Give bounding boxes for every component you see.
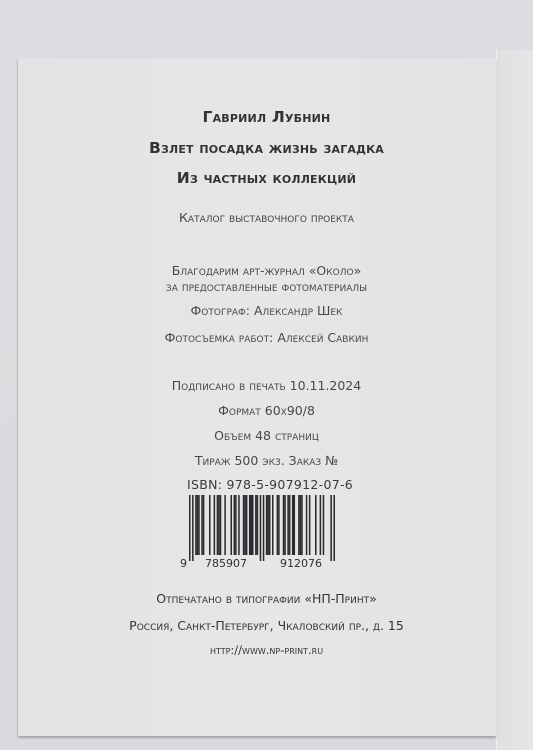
barcode-digit-prefix: 9: [180, 557, 187, 570]
page-volume: Объем 48 страниц: [0, 428, 533, 443]
collection-title: Из частных коллекций: [0, 169, 533, 187]
printer-line-1: Отпечатано в типографии «НП-Принт»: [0, 591, 533, 606]
thanks-line-2: за предоставленные фотоматериалы: [0, 279, 533, 294]
photographer-credit: Фотограф: Александр Шек: [0, 303, 533, 318]
print-run: Тираж 500 экз. Заказ №: [0, 453, 533, 468]
isbn-barcode: [189, 495, 335, 561]
thanks-line-1: Благодарим арт-журнал «Около»: [0, 263, 533, 278]
print-format: Формат 60х90/8: [0, 403, 533, 418]
printer-url[interactable]: http://www.np-print.ru: [0, 643, 533, 657]
signed-for-print: Подписано в печать 10.11.2024: [0, 378, 533, 393]
isbn-label: ISBN: 978-5-907912-07-6: [187, 477, 347, 492]
printer-address: Россия, Санкт-Петербург, Чкаловский пр.,…: [0, 618, 533, 633]
catalog-subtitle: Каталог выставочного проекта: [0, 210, 533, 225]
colophon-page: [18, 58, 496, 736]
artwork-photography-credit: Фотосъемка работ: Алексей Савкин: [0, 330, 533, 345]
barcode-digits-left: 785907: [205, 557, 247, 570]
barcode-digits-right: 912076: [280, 557, 322, 570]
author-name: Гавриил Лубнин: [0, 108, 533, 126]
catalog-title: Взлет посадка жизнь загадка: [0, 139, 533, 157]
